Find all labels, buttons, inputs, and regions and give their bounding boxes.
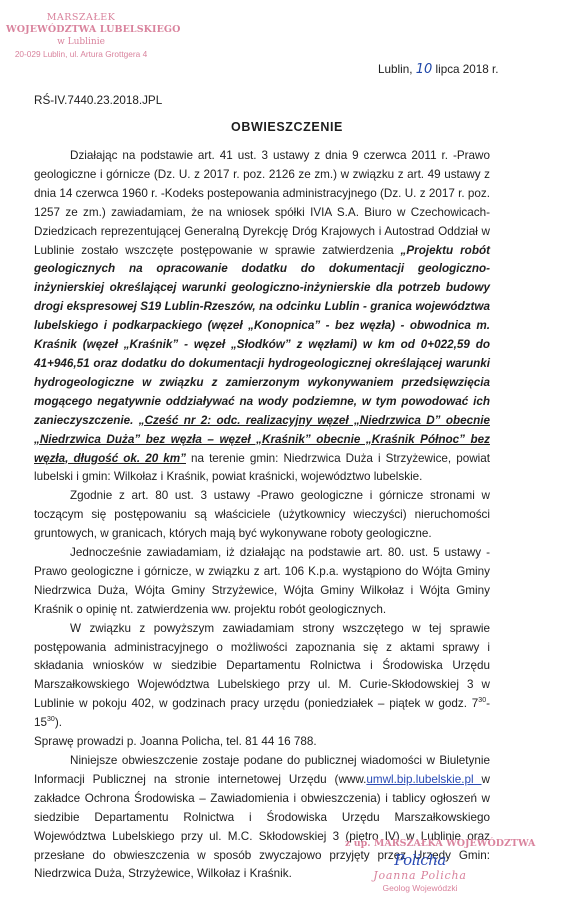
paragraph-4-text: W związku z powyższym zawiadamiam strony…	[34, 622, 490, 711]
handwritten-signature: Policha	[345, 851, 495, 869]
issuer-stamp: MARSZAŁEK WOJEWÓDZTWA LUBELSKIEGO w Lubl…	[6, 12, 156, 60]
date-place: Lublin,	[378, 63, 412, 76]
paragraph-1-intro: Działając na podstawie art. 41 ust. 3 us…	[34, 149, 490, 257]
issuer-stamp-line1: MARSZAŁEK	[6, 12, 156, 24]
signature-stamp: z up. MARSZAŁKA WOJEWÓDZTWA Policha Joan…	[345, 838, 495, 893]
project-title: „Projektu robót geologicznych na opracow…	[34, 244, 490, 427]
hours-start-minutes: 30	[478, 697, 486, 704]
paragraph-1: Działając na podstawie art. 41 ust. 3 us…	[34, 147, 490, 487]
paragraph-2: Zgodnie z art. 80 ust. 3 ustawy -Prawo g…	[34, 487, 490, 544]
signatory-role: Geolog Wojewódzki	[345, 883, 495, 893]
issuer-stamp-line2: WOJEWÓDZTWA LUBELSKIEGO	[6, 24, 156, 36]
document-body: Działając na podstawie art. 41 ust. 3 us…	[34, 147, 490, 884]
signatory-name: Joanna Policha	[345, 869, 495, 882]
paragraph-4: W związku z powyższym zawiadamiam strony…	[34, 620, 490, 733]
reference-number: RŚ-IV.7440.23.2018.JPL	[34, 94, 162, 107]
date-month-year: lipca 2018 r.	[436, 63, 499, 76]
paragraph-3: Jednocześnie zawiadamiam, iż działając n…	[34, 544, 490, 620]
authority-stamp: z up. MARSZAŁKA WOJEWÓDZTWA	[345, 838, 495, 849]
date-day-handwritten: 10	[416, 62, 433, 77]
document-date: Lublin, 10 lipca 2018 r.	[378, 62, 499, 77]
paragraph-contact: Sprawę prowadzi p. Joanna Policha, tel. …	[34, 733, 490, 752]
issuer-stamp-address: 20-029 Lublin, ul. Artura Grottgera 4	[6, 48, 156, 60]
hours-end-minutes: 30	[47, 716, 55, 723]
paragraph-4-end: ).	[55, 716, 62, 729]
bip-link[interactable]: umwl.bip.lubelskie.pl	[366, 773, 481, 786]
issuer-stamp-line3: w Lublinie	[6, 36, 156, 48]
document-title: OBWIESZCZENIE	[0, 120, 574, 134]
